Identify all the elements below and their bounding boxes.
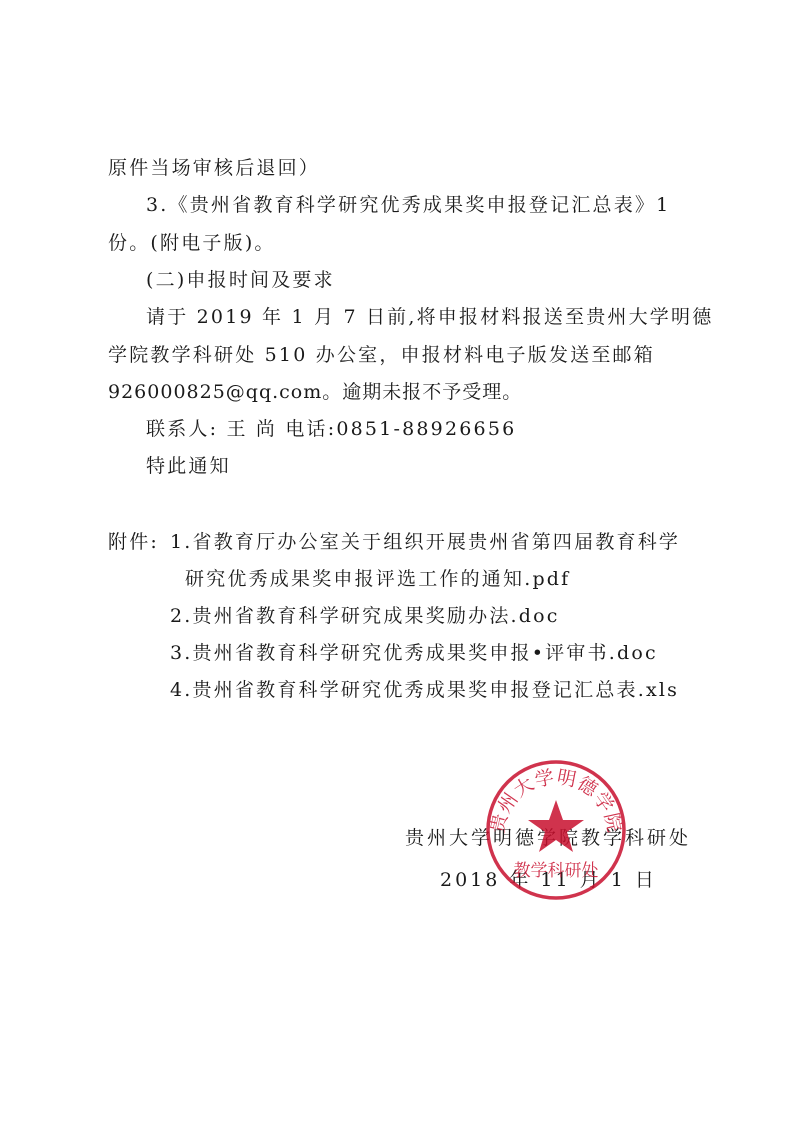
section-heading: (二)申报时间及要求 <box>146 268 335 292</box>
official-seal-icon: 贵州大学明德学院 教学科研处 <box>484 758 628 902</box>
attachment-item-continued: 研究优秀成果奖申报评选工作的通知.pdf <box>185 567 570 591</box>
paragraph-line: 请于 2019 年 1 月 7 日前,将申报材料报送至贵州大学明德 <box>146 305 713 329</box>
attachment-item: 4.贵州省教育科学研究优秀成果奖申报登记汇总表.xls <box>170 678 679 702</box>
paragraph-line: 原件当场审核后退回） <box>108 156 320 180</box>
paragraph-line: 份。(附电子版)。 <box>108 231 276 255</box>
attachment-item: 3.贵州省教育科学研究优秀成果奖申报•评审书.doc <box>170 641 658 665</box>
paragraph-line: 学院教学科研处 510 办公室，申报材料电子版发送至邮箱 <box>108 343 655 367</box>
contact-line: 联系人: 王 尚 电话:0851-88926656 <box>146 417 516 441</box>
attachments-label: 附件: <box>108 530 159 554</box>
svg-text:教学科研处: 教学科研处 <box>514 861 599 881</box>
paragraph-line: 3.《贵州省教育科学研究优秀成果奖申报登记汇总表》1 <box>146 193 670 217</box>
attachment-item: 1.省教育厅办公室关于组织开展贵州省第四届教育科学 <box>170 530 680 554</box>
email-line: 926000825@qq.com。逾期未报不予受理。 <box>108 380 522 404</box>
attachment-item: 2.贵州省教育科学研究成果奖励办法.doc <box>170 604 560 628</box>
closing-line: 特此通知 <box>146 454 231 478</box>
